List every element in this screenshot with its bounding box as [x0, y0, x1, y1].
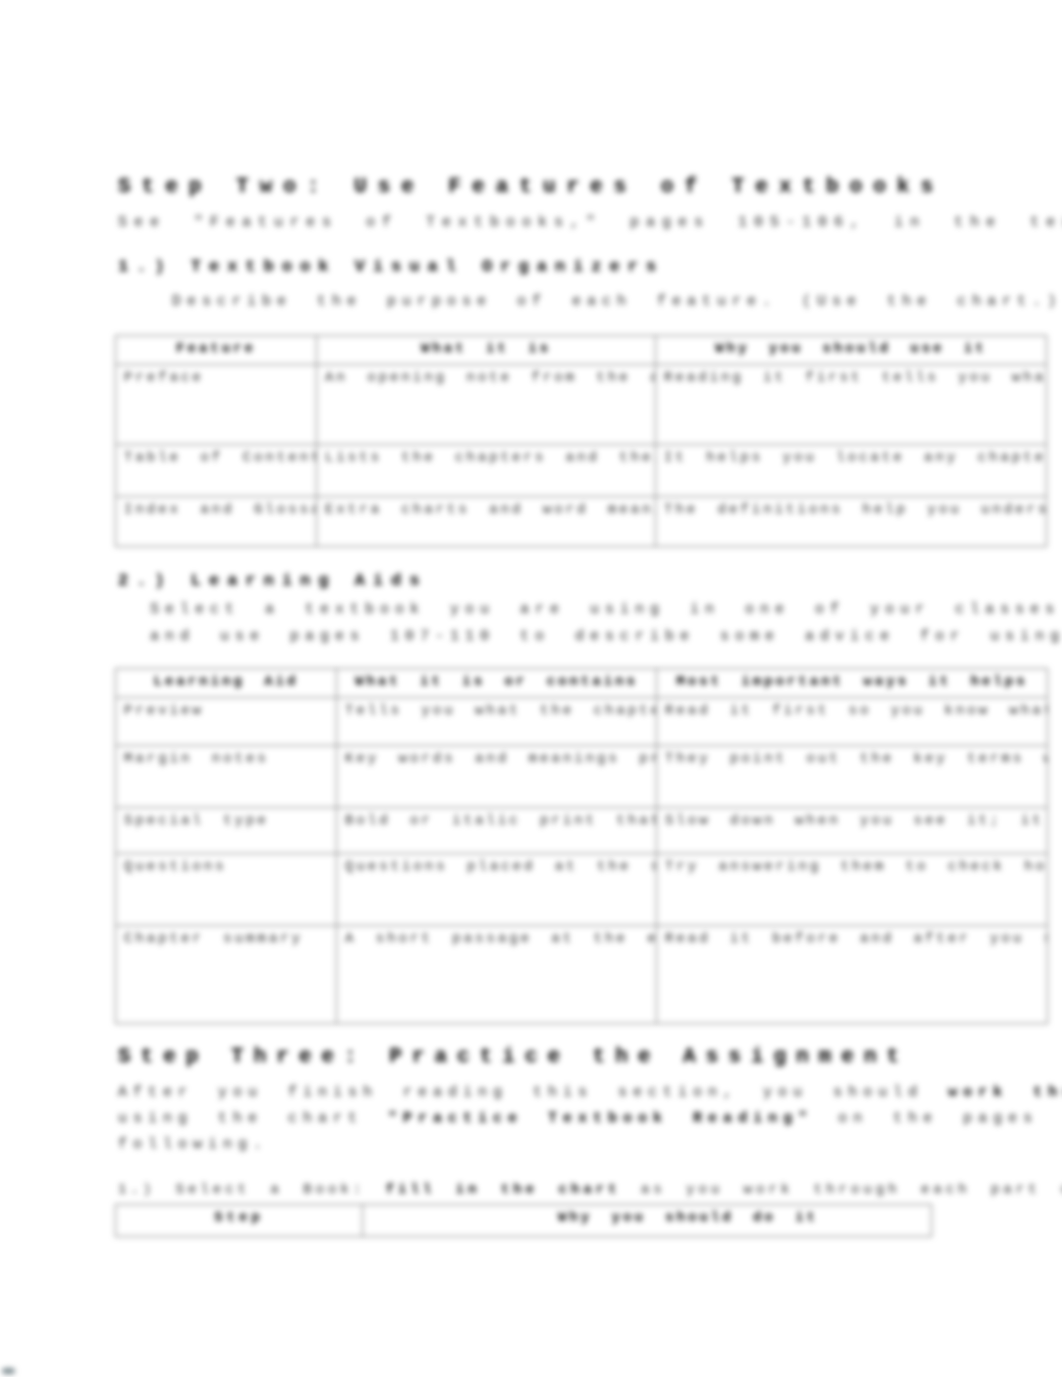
aid-name-cell: Special type	[116, 808, 337, 854]
learning-aids-table: Learning Aid What it is or contains Most…	[115, 668, 1048, 1024]
section3-paragraph-line3: following.	[118, 1136, 268, 1153]
feature-what-cell: Lists the chapters and their page number…	[317, 445, 656, 497]
aid-how-cell: Slow down when you see it; it signals ma…	[657, 808, 1048, 854]
page-subtitle: See "Features of Textbooks," pages 105-1…	[118, 214, 1062, 231]
task-text: 1.) Select a Book:	[118, 1182, 386, 1198]
features-header-why: Why you should use it	[656, 336, 1047, 365]
aid-name-cell: Margin notes	[116, 746, 337, 808]
task-text: as you work through each part of the	[620, 1182, 1062, 1198]
table-row: Preface An opening note from the author …	[116, 365, 1047, 445]
section3-paragraph-line2: using the chart "Practice Textbook Readi…	[118, 1110, 1038, 1127]
aid-what-cell: A short passage at the end that restates…	[337, 926, 657, 1024]
feature-what-cell: Extra charts and word meanings at the ba…	[317, 497, 656, 547]
feature-name-cell: Preface	[116, 365, 317, 445]
paragraph-bold-text: work through	[948, 1084, 1062, 1101]
section2-intro-line1: Select a textbook you are using in one o…	[150, 601, 1060, 618]
page-title: Step Two: Use Features of Textbooks	[118, 176, 944, 199]
aid-what-cell: Bold or italic print that marks key term…	[337, 808, 657, 854]
features-table-header-row: Feature What it is Why you should use it	[116, 336, 1047, 365]
section1-heading: 1.) Textbook Visual Organizers	[118, 258, 664, 277]
aid-what-cell: Key words and meanings printed in the si…	[337, 746, 657, 808]
aid-what-cell: Tells you what the chapter will cover.	[337, 698, 657, 746]
table-row: Table of Contents Lists the chapters and…	[116, 445, 1047, 497]
section3-heading: Step Three: Practice the Assignment	[118, 1046, 909, 1069]
feature-name-cell: Table of Contents	[116, 445, 317, 497]
practice-header-why: Why you should do it	[363, 1205, 932, 1237]
paragraph-text: on the pages	[813, 1110, 1038, 1127]
features-header-what: What it is	[317, 336, 656, 365]
section3-paragraph-line1: After you finish reading this section, y…	[118, 1084, 1062, 1101]
paragraph-bold-text: "Practice Textbook Reading"	[388, 1110, 813, 1127]
aid-how-cell: Read it before and after you study to re…	[657, 926, 1048, 1024]
aid-name-cell: Questions	[116, 854, 337, 926]
aid-what-cell: Questions placed at the start or the end…	[337, 854, 657, 926]
practice-table-header-row: Step Why you should do it	[116, 1205, 932, 1237]
aids-header-what: What it is or contains	[337, 669, 657, 698]
feature-name-cell: Index and Glossary	[116, 497, 317, 547]
scanned-page-content: Step Two: Use Features of Textbooks See …	[0, 0, 1062, 1377]
table-row: Margin notes Key words and meanings prin…	[116, 746, 1048, 808]
learning-aids-header-row: Learning Aid What it is or contains Most…	[116, 669, 1048, 698]
feature-why-cell: It helps you locate any chapter or topic…	[656, 445, 1047, 497]
table-row: Preview Tells you what the chapter will …	[116, 698, 1048, 746]
feature-why-cell: The definitions help you understand spec…	[656, 497, 1047, 547]
scan-artifact-mark	[2, 1368, 15, 1374]
aids-header-aid: Learning Aid	[116, 669, 337, 698]
paragraph-text: After you finish reading this section, y…	[118, 1084, 948, 1101]
section2-heading: 2.) Learning Aids	[118, 572, 427, 591]
feature-why-cell: Reading it first tells you what the auth…	[656, 365, 1047, 445]
aid-how-cell: They point out the key terms while you r…	[657, 746, 1048, 808]
aids-header-how: Most important ways it helps	[657, 669, 1048, 698]
document-page: Step Two: Use Features of Textbooks See …	[0, 0, 1062, 1377]
aid-name-cell: Preview	[116, 698, 337, 746]
feature-what-cell: An opening note from the author about th…	[317, 365, 656, 445]
table-row: Questions Questions placed at the start …	[116, 854, 1048, 926]
practice-steps-table: Step Why you should do it	[115, 1204, 932, 1237]
features-table: Feature What it is Why you should use it…	[115, 335, 1047, 547]
task-bold-text: fill in the chart	[386, 1182, 621, 1198]
practice-header-step: Step	[116, 1205, 363, 1237]
task-instruction-line: 1.) Select a Book: fill in the chart as …	[118, 1182, 1062, 1198]
aid-how-cell: Read it first so you know what to expect…	[657, 698, 1048, 746]
features-header-feature: Feature	[116, 336, 317, 365]
aid-how-cell: Try answering them to check how much you…	[657, 854, 1048, 926]
aid-name-cell: Chapter summary	[116, 926, 337, 1024]
section1-intro: Describe the purpose of each feature. (U…	[172, 293, 1062, 310]
section2-intro-line2: and use pages 107-110 to describe some a…	[150, 628, 1062, 645]
table-row: Chapter summary A short passage at the e…	[116, 926, 1048, 1024]
table-row: Special type Bold or italic print that m…	[116, 808, 1048, 854]
table-row: Index and Glossary Extra charts and word…	[116, 497, 1047, 547]
paragraph-text: using the chart	[118, 1110, 388, 1127]
